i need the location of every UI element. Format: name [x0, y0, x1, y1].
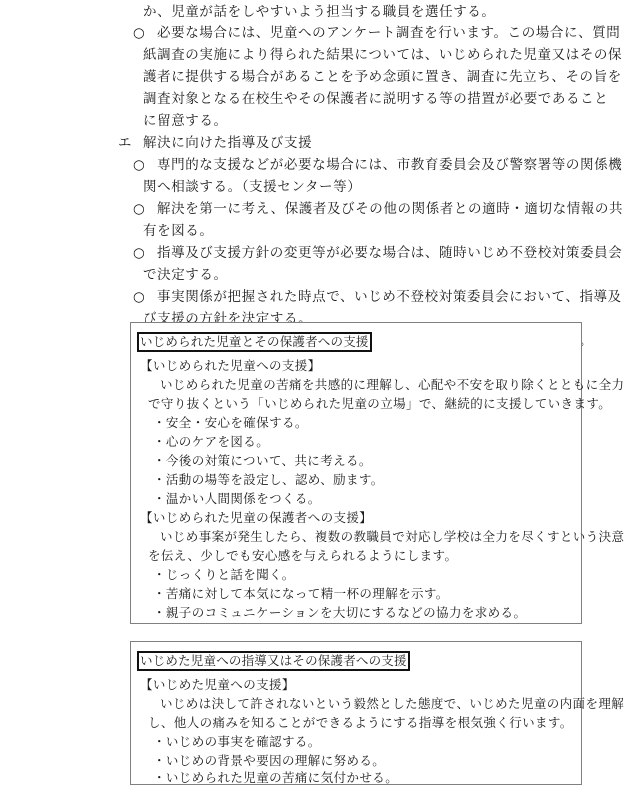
subheading: 【いじめられた児童の保護者への支援】 — [140, 510, 372, 526]
circle-bullet-icon: ○ — [133, 24, 145, 42]
paragraph-line: 必要な場合には、児童へのアンケート調査を行います。この場合に、質問 — [157, 24, 620, 42]
paragraph-line: か、児童が話をしやすいよう担当する職員を選任する。 — [143, 3, 496, 21]
bullet-item: ・いじめの事実を確認する。 — [153, 734, 321, 750]
circle-bullet-icon: ○ — [133, 200, 145, 218]
circle-bullet-icon: ○ — [133, 156, 145, 174]
bullet-item: ・温かい人間関係をつくる。 — [153, 491, 321, 507]
paragraph-line: 関へ相談する。（支援センター等） — [143, 178, 361, 196]
circle-bullet-icon: ○ — [133, 244, 145, 262]
box-title: いじめた児童への指導又はその保護者への支援 — [137, 651, 410, 671]
paragraph-line: 護者に提供する場合があることを予め念頭に置き、調査に先立ち、その旨を — [143, 68, 622, 86]
paragraph-line: 指導及び支援方針の変更等が必要な場合は、随時いじめ不登校対策委員会 — [157, 244, 622, 262]
paragraph-line: し、他人の痛みを知ることができるようにする指導を根気強く行います。 — [148, 715, 573, 731]
paragraph-line: 解決を第一に考え、保護者及びその他の関係者との適時・適切な情報の共 — [157, 200, 623, 218]
paragraph-line: 事実関係が把握された時点で、いじめ不登校対策委員会において、指導及 — [157, 288, 622, 306]
bullet-item: ・今後の対策について、共に考える。 — [153, 453, 372, 469]
paragraph-line: いじめられた児童の苦痛を共感的に理解し、心配や不安を取り除くとともに全力 — [160, 377, 624, 393]
paragraph-line: 有を図る。 — [143, 222, 214, 240]
paragraph-line: を伝え、少しでも安心感を与えられるようにします。 — [148, 548, 457, 564]
paragraph-line: に留意する。 — [143, 112, 228, 130]
bullet-item: ・親子のコミュニケーションを大切にするなどの協力を求める。 — [153, 605, 526, 621]
subheading: 【いじめた児童への支援】 — [140, 677, 295, 693]
subheading: 【いじめられた児童への支援】 — [140, 358, 321, 374]
paragraph-line: いじめは決して許されないという毅然とした態度で、いじめた児童の内面を理解 — [160, 696, 624, 712]
paragraph-line: 紙調査の実施により得られた結果については、いじめられた児童又はその保 — [143, 46, 622, 64]
paragraph-line: いじめ事案が発生したら、複数の教職員で対応し学校は全力を尽くすという決意 — [160, 529, 624, 545]
bullet-item: ・苦痛に対して本気になって精一杯の理解を示す。 — [153, 586, 449, 602]
bullet-item: ・いじめの背景や要因の理解に努める。 — [153, 753, 385, 769]
bullet-item: ・安全・安心を確保する。 — [153, 415, 308, 431]
bullet-item: ・心のケアを図る。 — [153, 434, 269, 450]
paragraph-line: で決定する。 — [143, 266, 228, 284]
bullet-item: ・いじめられた児童の苦痛に気付かせる。 — [153, 770, 398, 786]
box-title: いじめられた児童とその保護者への支援 — [137, 332, 372, 352]
bullet-item: ・じっくりと話を聞く。 — [153, 567, 295, 583]
paragraph-line: で守り抜くという「いじめられた児童の立場」で、継続的に支援していきます。 — [148, 396, 611, 412]
paragraph-line: 専門的な支援などが必要な場合には、市教育委員会及び警察署等の関係機 — [157, 156, 622, 174]
bullet-item: ・活動の場等を設定し、認め、励ます。 — [153, 472, 384, 488]
section-marker: エ — [118, 134, 132, 152]
section-heading: 解決に向けた指導及び支援 — [143, 134, 312, 152]
paragraph-line: 調査対象となる在校生やその保護者に説明する等の措置が必要であること — [143, 90, 608, 108]
circle-bullet-icon: ○ — [133, 288, 145, 306]
